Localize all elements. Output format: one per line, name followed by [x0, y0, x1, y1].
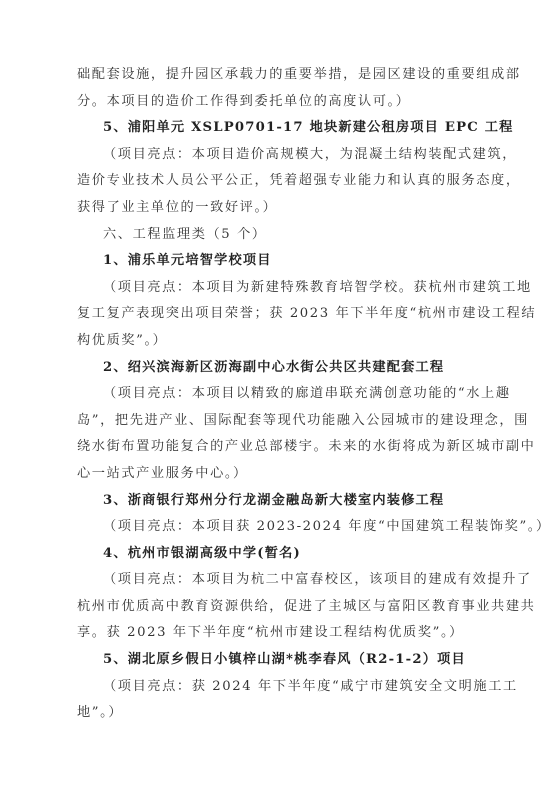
- project-heading-puyang: 5、浦阳单元 XSLP0701-17 地块新建公租房项目 EPC 工程: [77, 115, 471, 142]
- text-line: 复工复产表现突出项目荣誉；获 2023 年下半年度“杭州市建设工程结: [77, 301, 471, 328]
- section-heading-supervision: 六、工程监理类（5 个）: [77, 222, 471, 249]
- text-line: 获得了业主单位的一致好评。）: [77, 195, 471, 222]
- project-title: 5、浦阳单元 XSLP0701-17 地块新建公租房项目 EPC 工程: [77, 115, 471, 142]
- project-highlight-yinhu-high-school: （项目亮点：本项目为杭二中富春校区，该项目的建成有效提升了 杭州市优质高中教育资…: [77, 567, 471, 647]
- text-line: 础配套设施，提升园区承载力的重要举措，是园区建设的重要组成部: [77, 62, 471, 89]
- text-line: 心一站式产业服务中心。）: [77, 461, 471, 488]
- project-title: 3、浙商银行郑州分行龙湖金融岛新大楼室内装修工程: [77, 488, 471, 515]
- text-line: 杭州市优质高中教育资源供给，促进了主城区与富阳区教育事业共建共: [77, 594, 471, 621]
- project-title: 1、浦乐单元培智学校项目: [77, 248, 471, 275]
- paragraph-continuation: 础配套设施，提升园区承载力的重要举措，是园区建设的重要组成部 分。本项目的造价工…: [77, 62, 471, 115]
- text-line: （项目亮点：本项目为杭二中富春校区，该项目的建成有效提升了: [77, 567, 471, 594]
- text-line: 构优质奖”。）: [77, 328, 471, 355]
- text-line: （项目亮点：本项目造价高规模大，为混凝土结构装配式建筑，: [77, 142, 471, 169]
- text-line: 分。本项目的造价工作得到委托单位的高度认可。）: [77, 89, 471, 116]
- text-line: 绕水街布置功能复合的产业总部楼宇。未来的水街将成为新区城市副中: [77, 434, 471, 461]
- document-page: 础配套设施，提升园区承载力的重要举措，是园区建设的重要组成部 分。本项目的造价工…: [77, 62, 471, 727]
- project-heading-yinhu-high-school: 4、杭州市银湖高级中学(暂名): [77, 541, 471, 568]
- text-line: （项目亮点：本项目以精致的廊道串联充满创意功能的“水上趣: [77, 381, 471, 408]
- project-title: 5、湖北原乡假日小镇梓山湖*桃李春风（R2-1-2）项目: [77, 647, 471, 674]
- section-title: 六、工程监理类（5 个）: [77, 222, 471, 249]
- project-title: 2、绍兴滨海新区沥海副中心水街公共区共建配套工程: [77, 355, 471, 382]
- text-line: （项目亮点：本项目获 2023-2024 年度“中国建筑工程装饰奖”。）: [77, 514, 471, 541]
- project-heading-czbank-zhengzhou: 3、浙商银行郑州分行龙湖金融岛新大楼室内装修工程: [77, 488, 471, 515]
- project-highlight-hubei-holiday-town: （项目亮点：获 2024 年下半年度“咸宁市建筑安全文明施工工 地”。）: [77, 674, 471, 727]
- text-line: 享。获 2023 年下半年度“杭州市建设工程结构优质奖”。）: [77, 620, 471, 647]
- project-highlight-puyang: （项目亮点：本项目造价高规模大，为混凝土结构装配式建筑， 造价专业技术人员公平公…: [77, 142, 471, 222]
- project-highlight-shaoxing-water-street: （项目亮点：本项目以精致的廊道串联充满创意功能的“水上趣 岛”，把先进产业、国际…: [77, 381, 471, 487]
- project-highlight-czbank-zhengzhou: （项目亮点：本项目获 2023-2024 年度“中国建筑工程装饰奖”。）: [77, 514, 471, 541]
- text-line: （项目亮点：获 2024 年下半年度“咸宁市建筑安全文明施工工: [77, 674, 471, 701]
- project-title: 4、杭州市银湖高级中学(暂名): [77, 541, 471, 568]
- project-heading-shaoxing-water-street: 2、绍兴滨海新区沥海副中心水街公共区共建配套工程: [77, 355, 471, 382]
- text-line: 地”。）: [77, 700, 471, 727]
- project-heading-pule-school: 1、浦乐单元培智学校项目: [77, 248, 471, 275]
- text-line: 造价专业技术人员公平公正，凭着超强专业能力和认真的服务态度，: [77, 168, 471, 195]
- project-heading-hubei-holiday-town: 5、湖北原乡假日小镇梓山湖*桃李春风（R2-1-2）项目: [77, 647, 471, 674]
- project-highlight-pule-school: （项目亮点：本项目为新建特殊教育培智学校。获杭州市建筑工地 复工复产表现突出项目…: [77, 275, 471, 355]
- text-line: （项目亮点：本项目为新建特殊教育培智学校。获杭州市建筑工地: [77, 275, 471, 302]
- text-line: 岛”，把先进产业、国际配套等现代功能融入公园城市的建设理念，围: [77, 408, 471, 435]
